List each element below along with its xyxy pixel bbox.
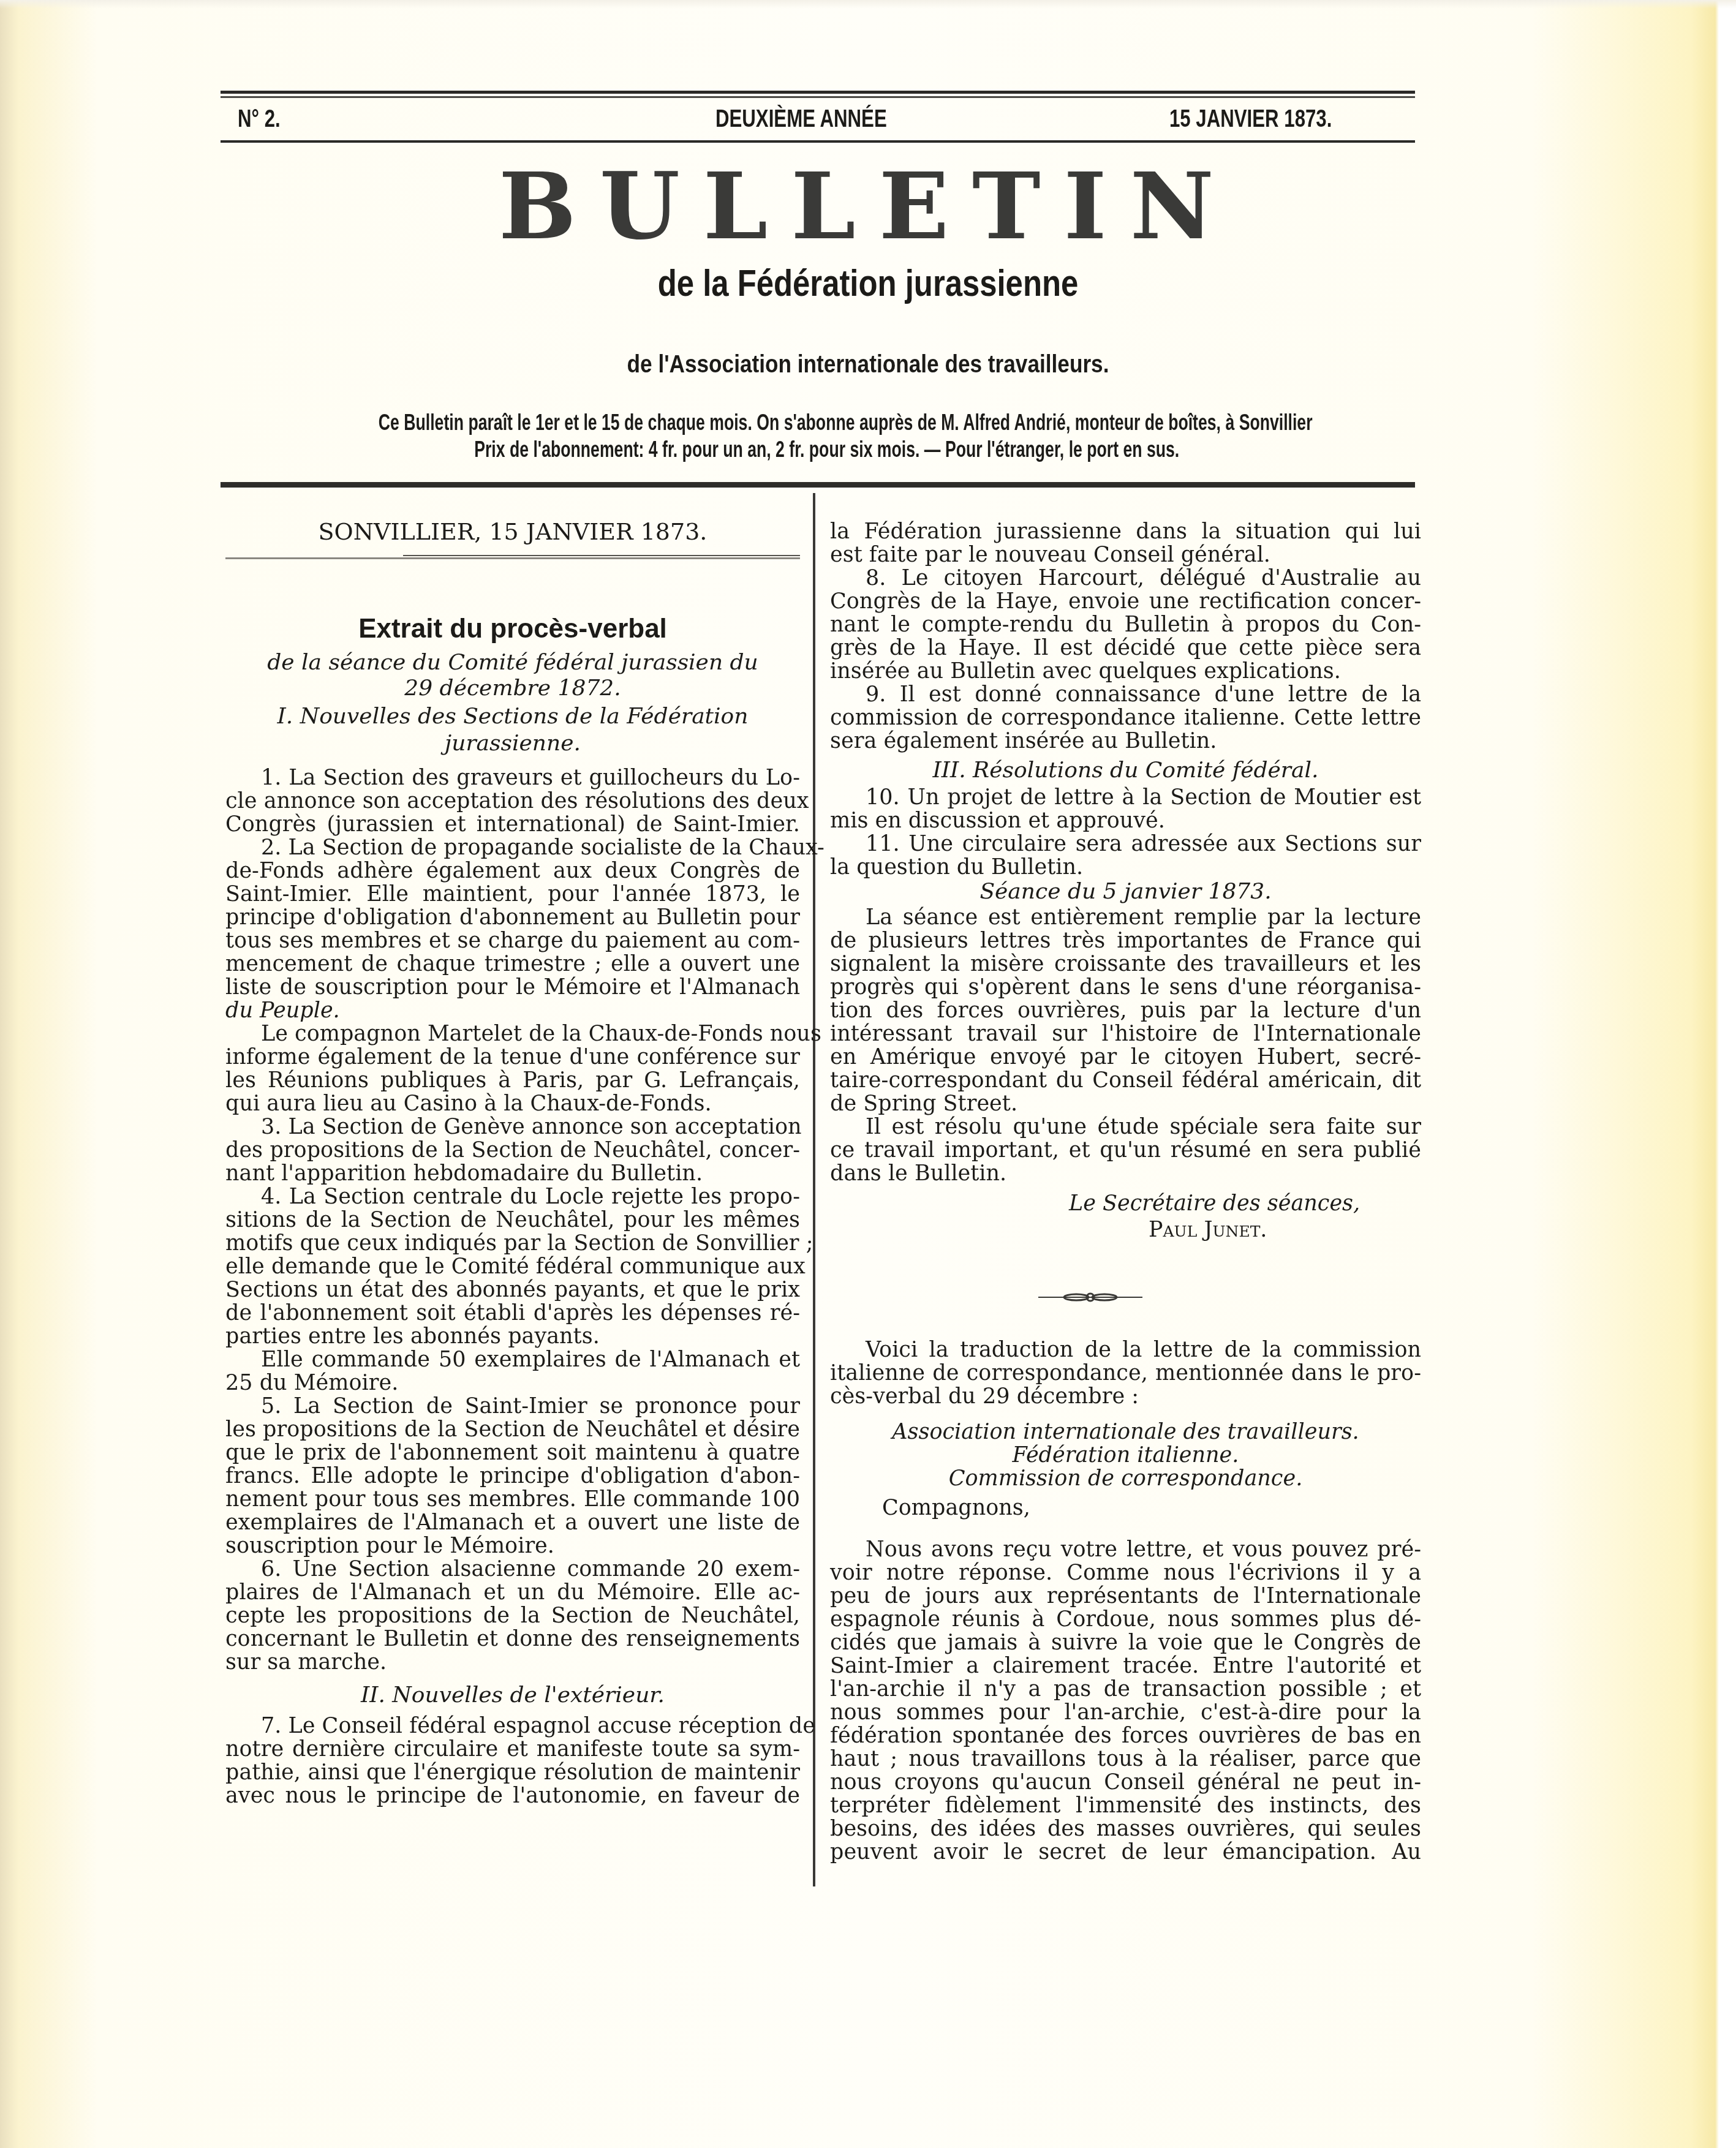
body-line: francs. Elle adopte le principe d'obliga… — [225, 1464, 800, 1488]
letter-header-line: Commission de correspondance. — [830, 1466, 1421, 1491]
body-line: des propositions de la Section de Neuchâ… — [225, 1138, 800, 1163]
section-heading-I: I. Nouvelles des Sections de la Fédérati… — [225, 704, 800, 729]
body-line: tion des forces ouvrières, puis par la l… — [830, 998, 1421, 1023]
intro-line: italienne de correspondance, mentionnée … — [830, 1361, 1421, 1385]
body-line: 6. Une Section alsacienne commande 20 ex… — [225, 1557, 800, 1581]
intro-line: cès-verbal du 29 décembre : — [830, 1384, 1421, 1409]
body-line: 10. Un projet de lettre à la Section de … — [830, 785, 1421, 810]
body-line: pathie, ainsi que l'énergique résolution… — [225, 1760, 800, 1785]
left-column: SONVILLIER, 15 JANVIER 1873. Extrait du … — [225, 0, 800, 2148]
body-line: liste de souscription pour le Mémoire et… — [225, 975, 800, 1000]
letter-line: nous sommes pour l'an-archie, c'est-à-di… — [830, 1700, 1421, 1725]
letter-line: l'an-archie il n'y a pas de transaction … — [830, 1677, 1421, 1701]
body-line: nement pour tous ses membres. Elle comma… — [225, 1487, 800, 1512]
letter-line: peuvent avoir le secret de leur émancipa… — [830, 1840, 1421, 1864]
body-line: la Fédération jurassienne dans la situat… — [830, 519, 1421, 544]
intro-line: Voici la traduction de la lettre de la c… — [830, 1338, 1421, 1362]
body-line: les Réunions publiques à Paris, par G. L… — [225, 1068, 800, 1093]
body-line: Congrès (jurassien et international) de … — [225, 812, 800, 837]
body-line: grès de la Haye. Il est décidé que cette… — [830, 636, 1421, 660]
section-heading-II: II. Nouvelles de l'extérieur. — [225, 1683, 800, 1708]
right-column: la Fédération jurassienne dans la situat… — [830, 0, 1421, 2148]
letter-line: espagnole réunis à Cordoue, nous sommes … — [830, 1607, 1421, 1632]
section-heading-III: III. Résolutions du Comité fédéral. — [830, 758, 1421, 783]
body-line: de-Fonds adhère également aux deux Congr… — [225, 859, 800, 883]
signature-name: Paul Junet. — [1149, 1218, 1267, 1242]
body-line: qui aura lieu au Casino à la Chaux-de-Fo… — [225, 1091, 800, 1116]
letter-line: haut ; nous travaillons tous à la réalis… — [830, 1747, 1421, 1771]
letter-line: peu de jours aux représentants de l'Inte… — [830, 1584, 1421, 1608]
letter-line: Saint-Imier a clairement tracée. Entre l… — [830, 1654, 1421, 1678]
body-line: en Amérique envoyé par le citoyen Hubert… — [830, 1045, 1421, 1069]
body-line: Il est résolu qu'une étude spéciale sera… — [830, 1115, 1421, 1139]
body-line: notre dernière circulaire et manifeste t… — [225, 1737, 800, 1762]
body-line: exemplaires de l'Almanach et a ouvert un… — [225, 1510, 800, 1535]
body-line: 8. Le citoyen Harcourt, délégué d'Austra… — [830, 566, 1421, 590]
letter-line: voir notre réponse. Comme nous l'écrivio… — [830, 1561, 1421, 1585]
body-line: sera également insérée au Bulletin. — [830, 729, 1421, 753]
body-line: du Peuple. — [225, 998, 800, 1023]
letter-line: fédération spontanée des forces ouvrière… — [830, 1724, 1421, 1748]
salutation: Compagnons, — [882, 1496, 1030, 1520]
fleuron-ornament-icon — [1038, 1291, 1142, 1303]
letter-line: besoins, des idées des masses ouvrières,… — [830, 1817, 1421, 1841]
seance-heading: Séance du 5 janvier 1873. — [830, 880, 1421, 904]
body-line: Elle commande 50 exemplaires de l'Almana… — [225, 1347, 800, 1372]
body-line: Congrès de la Haye, envoie une rectifica… — [830, 589, 1421, 614]
body-line: 9. Il est donné connaissance d'une lettr… — [830, 682, 1421, 707]
letter-line: Nous avons reçu votre lettre, et vous po… — [830, 1537, 1421, 1562]
body-line: motifs que ceux indiqués par la Section … — [225, 1231, 800, 1256]
body-line: est faite par le nouveau Conseil général… — [830, 543, 1421, 567]
body-line: 7. Le Conseil fédéral espagnol accuse ré… — [225, 1714, 800, 1738]
body-line: souscription pour le Mémoire. — [225, 1534, 800, 1558]
body-line: que le prix de l'abonnement soit mainten… — [225, 1441, 800, 1465]
body-line: plaires de l'Almanach et un du Mémoire. … — [225, 1580, 800, 1605]
letter-header-line: Fédération italienne. — [830, 1443, 1421, 1468]
body-line: parties entre les abonnés payants. — [225, 1324, 800, 1349]
column-divider — [813, 493, 815, 1886]
body-line: 3. La Section de Genève annonce son acce… — [225, 1115, 800, 1139]
body-line: de Spring Street. — [830, 1091, 1421, 1116]
section-heading-I: jurassienne. — [225, 731, 800, 756]
body-line: Sections un état des abonnés payants, et… — [225, 1278, 800, 1302]
dateline-rule-2 — [403, 555, 800, 556]
body-line: ce travail important, et qu'un résumé en… — [830, 1138, 1421, 1163]
body-line: cle annonce son acceptation des résoluti… — [225, 789, 800, 813]
body-line: insérée au Bulletin avec quelques explic… — [830, 659, 1421, 684]
body-line: nant l'apparition hebdomadaire du Bullet… — [225, 1161, 800, 1186]
body-line: commission de correspondance italienne. … — [830, 706, 1421, 730]
body-line: 5. La Section de Saint-Imier se prononce… — [225, 1394, 800, 1419]
dateline-rule — [225, 557, 800, 559]
body-line: elle demande que le Comité fédéral commu… — [225, 1254, 800, 1279]
body-line: progrès qui s'opèrent dans le sens d'une… — [830, 975, 1421, 1000]
body-line: 2. La Section de propagande socialiste d… — [225, 835, 800, 860]
body-line: 25 du Mémoire. — [225, 1371, 800, 1395]
body-line: de plusieurs lettres très importantes de… — [830, 929, 1421, 953]
article-subtitle-line: de la séance du Comité fédéral jurassien… — [225, 650, 800, 675]
body-line: 1. La Section des graveurs et guillocheu… — [225, 766, 800, 790]
dateline: SONVILLIER, 15 JANVIER 1873. — [225, 519, 800, 544]
body-line: les propositions de la Section de Neuchâ… — [225, 1417, 800, 1442]
body-line: 4. La Section centrale du Locle rejette … — [225, 1185, 800, 1209]
body-line: informe également de la tenue d'une conf… — [225, 1045, 800, 1069]
signature-title: Le Secrétaire des séances, — [1069, 1191, 1360, 1216]
body-line: Saint-Imier. Elle maintient, pour l'anné… — [225, 882, 800, 906]
body-line: la question du Bulletin. — [830, 855, 1421, 880]
letter-line: cidés que jamais à suivre la voie que le… — [830, 1630, 1421, 1655]
body-line: dans le Bulletin. — [830, 1161, 1421, 1186]
body-line: principe d'obligation d'abonnement au Bu… — [225, 905, 800, 930]
body-line: mencement de chaque trimestre ; elle a o… — [225, 952, 800, 976]
letter-header-line: Association internationale des travaille… — [830, 1420, 1421, 1444]
body-line: sur sa marche. — [225, 1650, 800, 1675]
body-line: mis en discussion et approuvé. — [830, 808, 1421, 833]
article-subtitle-line: 29 décembre 1872. — [225, 676, 800, 701]
body-line: Le compagnon Martelet de la Chaux-de-Fon… — [225, 1022, 800, 1046]
body-line: de l'abonnement soit établi d'après les … — [225, 1301, 800, 1325]
body-line: intéressant travail sur l'histoire de l'… — [830, 1022, 1421, 1046]
letter-line: nous croyons qu'aucun Conseil général ne… — [830, 1770, 1421, 1795]
body-line: avec nous le principe de l'autonomie, en… — [225, 1784, 800, 1808]
body-line: La séance est entièrement remplie par la… — [830, 905, 1421, 930]
body-line: concernant le Bulletin et donne des rens… — [225, 1627, 800, 1651]
body-line: 11. Une circulaire sera adressée aux Sec… — [830, 832, 1421, 856]
body-line: tous ses membres et se charge du paiemen… — [225, 929, 800, 953]
letter-line: terpréter fidèlement l'immensité des ins… — [830, 1793, 1421, 1818]
body-line: taire-correspondant du Conseil fédéral a… — [830, 1068, 1421, 1093]
body-line: sitions de la Section de Neuchâtel, pour… — [225, 1208, 800, 1232]
article-title: Extrait du procès-verbal — [225, 612, 800, 646]
body-line: signalent la misère croissante des trava… — [830, 952, 1421, 976]
body-line: cepte les propositions de la Section de … — [225, 1603, 800, 1628]
body-line: nant le compte-rendu du Bulletin à propo… — [830, 612, 1421, 637]
